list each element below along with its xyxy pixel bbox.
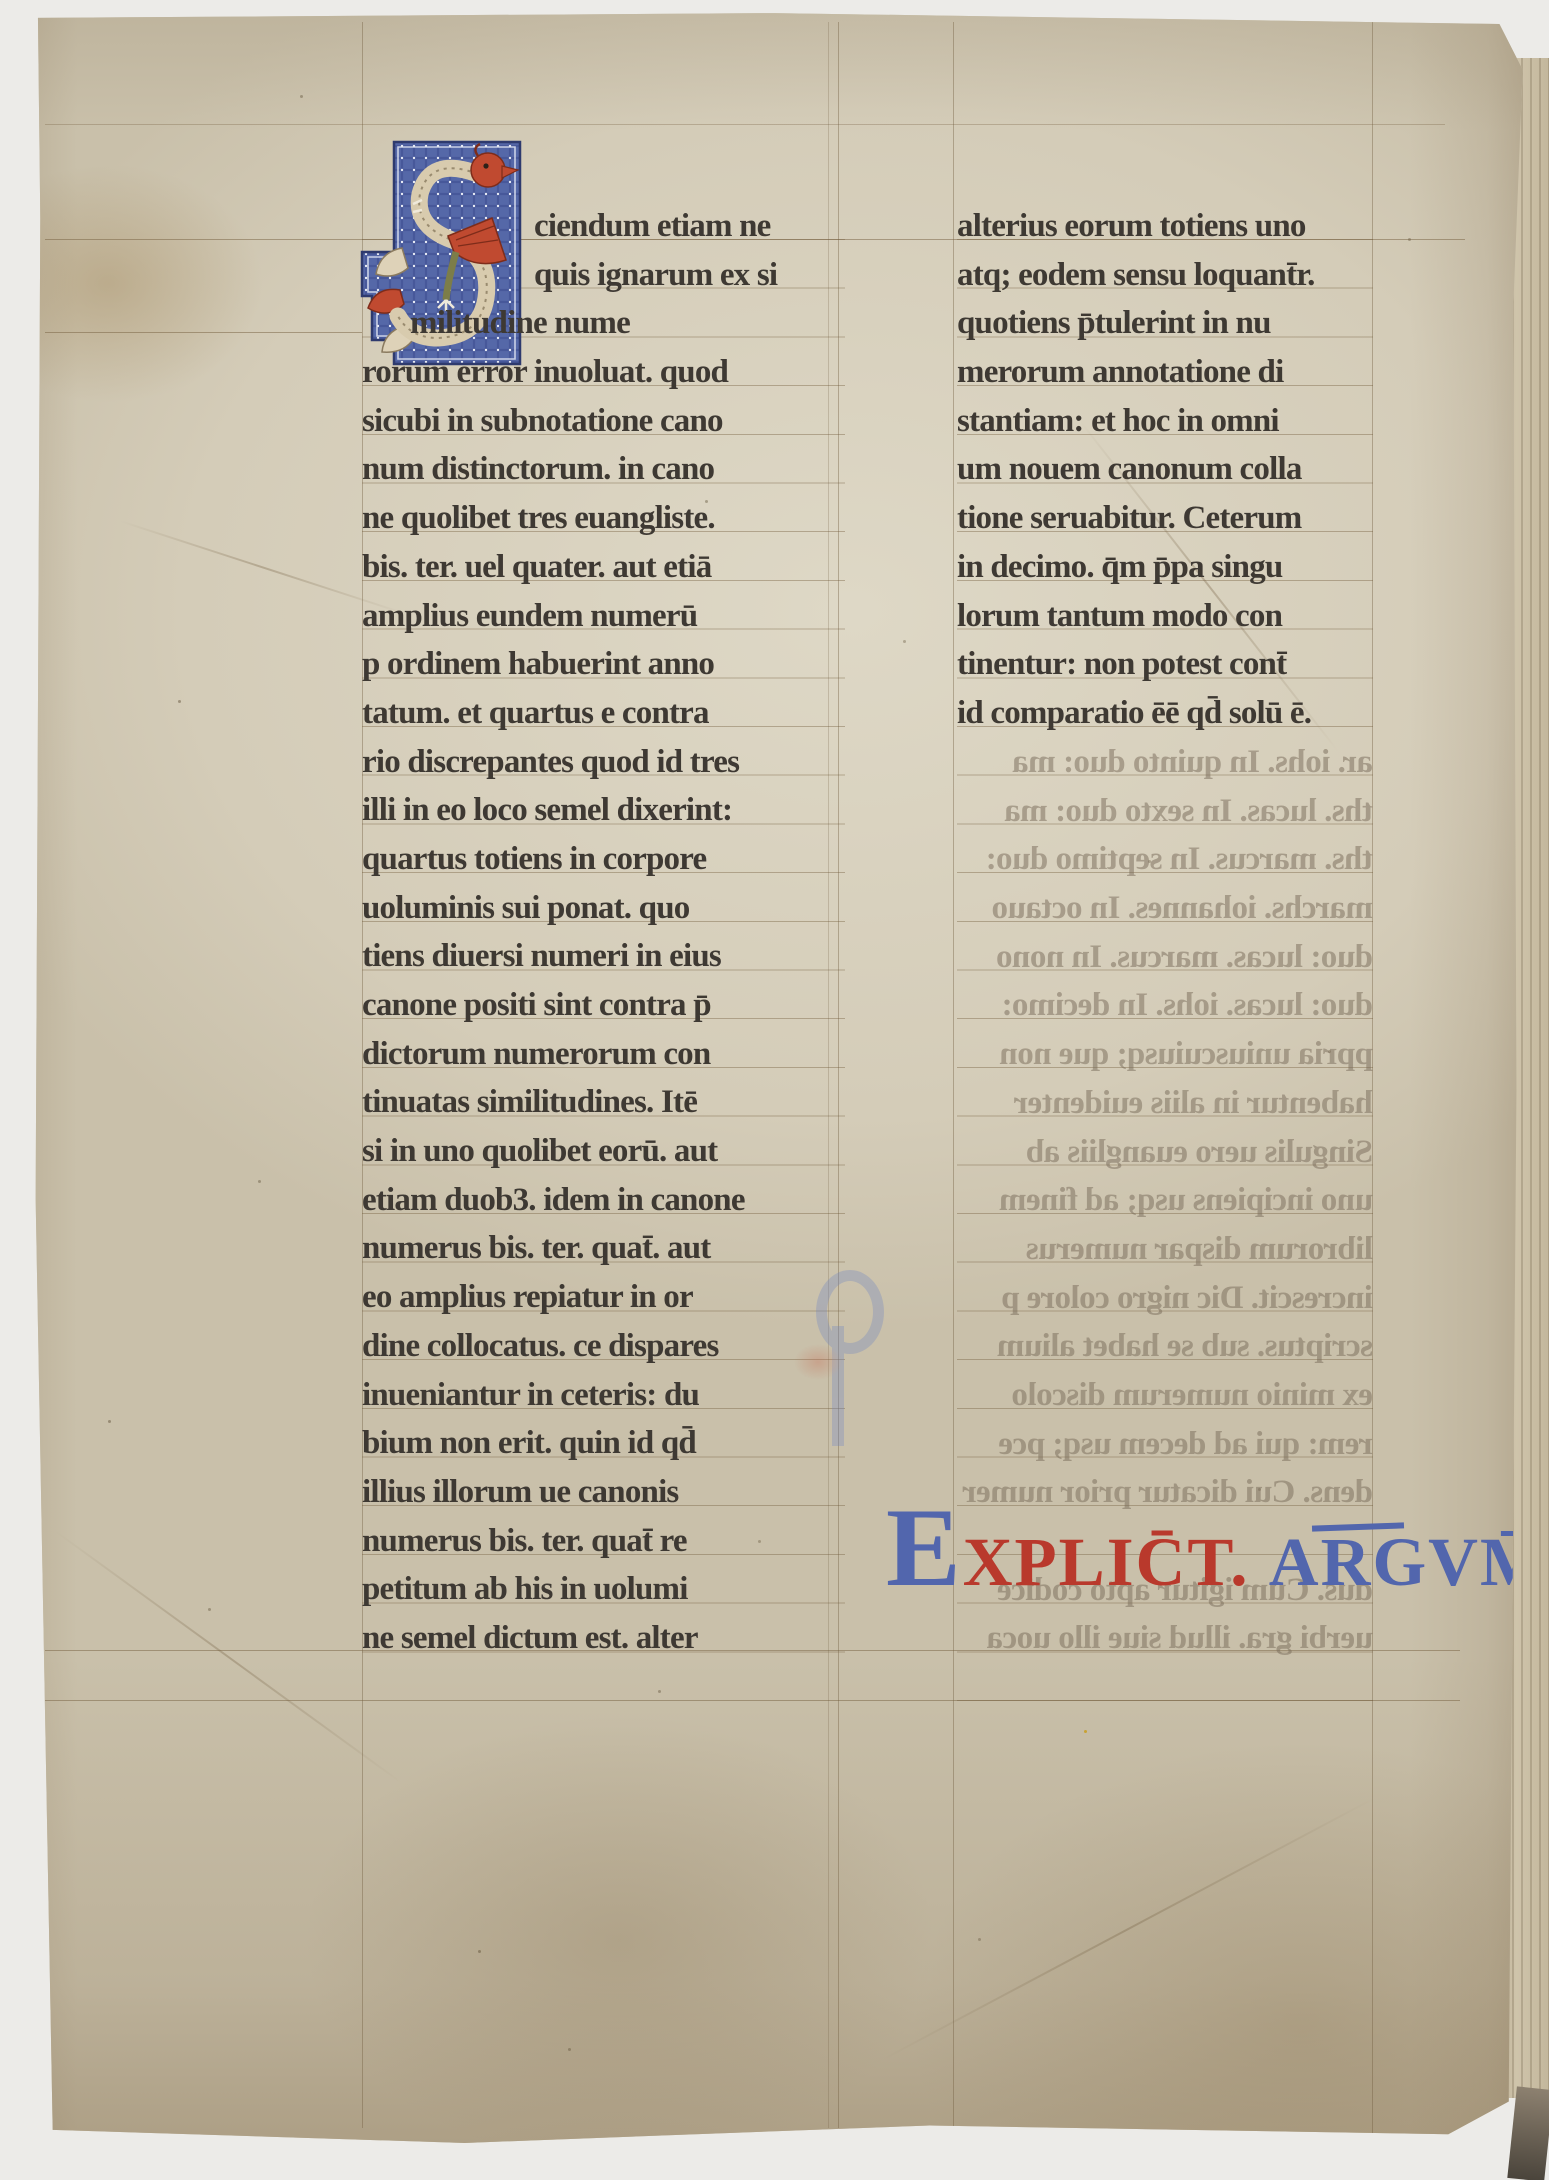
manuscript-line: num distinctorum. in cano — [362, 445, 845, 494]
manuscript-line: rio discrepantes quod id tres — [362, 738, 845, 787]
manuscript-line: militudine nume — [362, 299, 845, 348]
manuscript-line: um nouem canonum colla — [957, 445, 1373, 494]
bleedthrough-line: duo: lucas. iohs. In decimo: — [957, 981, 1373, 1030]
manuscript-line: ciendum etiam ne — [362, 202, 845, 251]
manuscript-line: uoluminis sui ponat. quo — [362, 884, 845, 933]
manuscript-line: ne semel dictum est. alter — [362, 1614, 845, 1663]
manuscript-line: lorum tantum modo con — [957, 592, 1373, 641]
bleedthrough-line: marchs. iohannes. In octauo — [957, 884, 1373, 933]
manuscript-line: tiens diuersi numeri in eius — [362, 932, 845, 981]
bleedthrough-line: uno incipiens usq; ad finem — [957, 1176, 1373, 1225]
manuscript-line: quis ignarum ex si — [362, 251, 845, 300]
manuscript-line: dictorum numerorum con — [362, 1030, 845, 1079]
bleedthrough-line: librorum dispar numerus — [957, 1225, 1373, 1274]
manuscript-line: etiam duob3. idem in canone — [362, 1176, 845, 1225]
manuscript-line: numerus bis. ter. quat̄. aut — [362, 1224, 845, 1273]
manuscript-line: atq; eodem sensu loquant̄r. — [957, 251, 1373, 300]
ruling-line — [45, 124, 1445, 125]
bleedthrough-line: duo: lucas. marcus. In nono — [957, 933, 1373, 982]
explicit-rubric: EXPLIC̄T. ARGVM̄T — [886, 1498, 1549, 1606]
text-column-2: alterius eorum totiens unoatq; eodem sen… — [957, 202, 1373, 738]
parchment-crease — [54, 1530, 403, 1784]
manuscript-line: id comparatio ēē qd̄ solū ē. — [957, 689, 1373, 738]
manuscript-line: tinuatas similitudines. Itē — [362, 1078, 845, 1127]
manuscript-line: p ordinem habuerint anno — [362, 640, 845, 689]
manuscript-line: inueniantur in ceteris: du — [362, 1371, 845, 1420]
explicit-initial-e: E — [886, 1498, 963, 1598]
manuscript-line: amplius eundem numerū — [362, 592, 845, 641]
manuscript-line: numerus bis. ter. quat̄ re — [362, 1517, 845, 1566]
manuscript-line: sicubi in subnotatione cano — [362, 397, 845, 446]
manuscript-line: stantiam: et hoc in omni — [957, 397, 1373, 446]
manuscript-line: canone positi sint contra p̄ — [362, 981, 845, 1030]
bleedthrough-line: Singulis uero euangliis ab — [957, 1128, 1373, 1177]
manuscript-line: tatum. et quartus e contra — [362, 689, 845, 738]
ruling-vertical — [953, 22, 954, 2128]
manuscript-line: quartus totiens in corpore — [362, 835, 845, 884]
bleedthrough-initial-bowl — [816, 1270, 884, 1354]
manuscript-line: alterius eorum totiens uno — [957, 202, 1373, 251]
bleedthrough-line: uerbi gra. illud siue illo uoca — [957, 1614, 1373, 1663]
bleedthrough-initial — [788, 1262, 868, 1482]
bleedthrough-line: ths. lucas. In sexto duo: ma — [957, 787, 1373, 836]
ruling-line — [45, 332, 362, 333]
bleedthrough-line: increscit. Dic nigro colore p — [957, 1274, 1373, 1323]
bleedthrough-line: habentur in aliis euidenter — [957, 1079, 1373, 1128]
manuscript-line: si in uno quolibet eorū. aut — [362, 1127, 845, 1176]
manuscript-line: rorum error inuoluat. quod — [362, 348, 845, 397]
bleedthrough-line: ar. iohs. In quinto duo: ma — [957, 738, 1373, 787]
manuscript-line: tione seruabitur. Ceterum — [957, 494, 1373, 543]
manuscript-line: dine collocatus. ce dispares — [362, 1322, 845, 1371]
bleedthrough-line: scriptus. sub se habet alium — [957, 1322, 1373, 1371]
manuscript-line: merorum annotatione di — [957, 348, 1373, 397]
manuscript-line: petitum ab his in uolumi — [362, 1565, 845, 1614]
bleedthrough-initial-red — [794, 1344, 842, 1380]
manuscript-line: tinentur: non potest cont̄ — [957, 640, 1373, 689]
manuscript-line: bium non erit. quin id qd̄ — [362, 1419, 845, 1468]
parchment-page: ciendum etiam nequis ignarum ex similitu… — [0, 0, 1549, 2180]
manuscript-line: illius illorum ue canonis — [362, 1468, 845, 1517]
explicit-red-text: XPLIC̄T. — [963, 1512, 1250, 1612]
text-column-1: ciendum etiam nequis ignarum ex similitu… — [362, 202, 845, 1663]
manuscript-line: in decimo. q̄m p̄pa singu — [957, 543, 1373, 592]
bleedthrough-line: ex minio numerum discolo — [957, 1371, 1373, 1420]
explicit-spacer — [1250, 1512, 1269, 1612]
explicit-blue-text: ARGVM̄T — [1269, 1512, 1549, 1612]
manuscript-line: quotiens p̄tulerint in nu — [957, 299, 1373, 348]
bleedthrough-line: ths. marcus. In septimo duo: — [957, 835, 1373, 884]
parchment-specks — [0, 0, 3, 3]
book-binding-shadow — [1507, 2086, 1549, 2180]
manuscript-line: illi in eo loco semel dixerint: — [362, 786, 845, 835]
manuscript-line: eo amplius repiatur in or — [362, 1273, 845, 1322]
bleedthrough-line: ppria uniuscuiusq; que non — [957, 1030, 1373, 1079]
manuscript-line: ne quolibet tres euangliste. — [362, 494, 845, 543]
manuscript-line: bis. ter. uel quater. aut etiā — [362, 543, 845, 592]
bleedthrough-line: rem: qui ad decem usq; pce — [957, 1420, 1373, 1469]
